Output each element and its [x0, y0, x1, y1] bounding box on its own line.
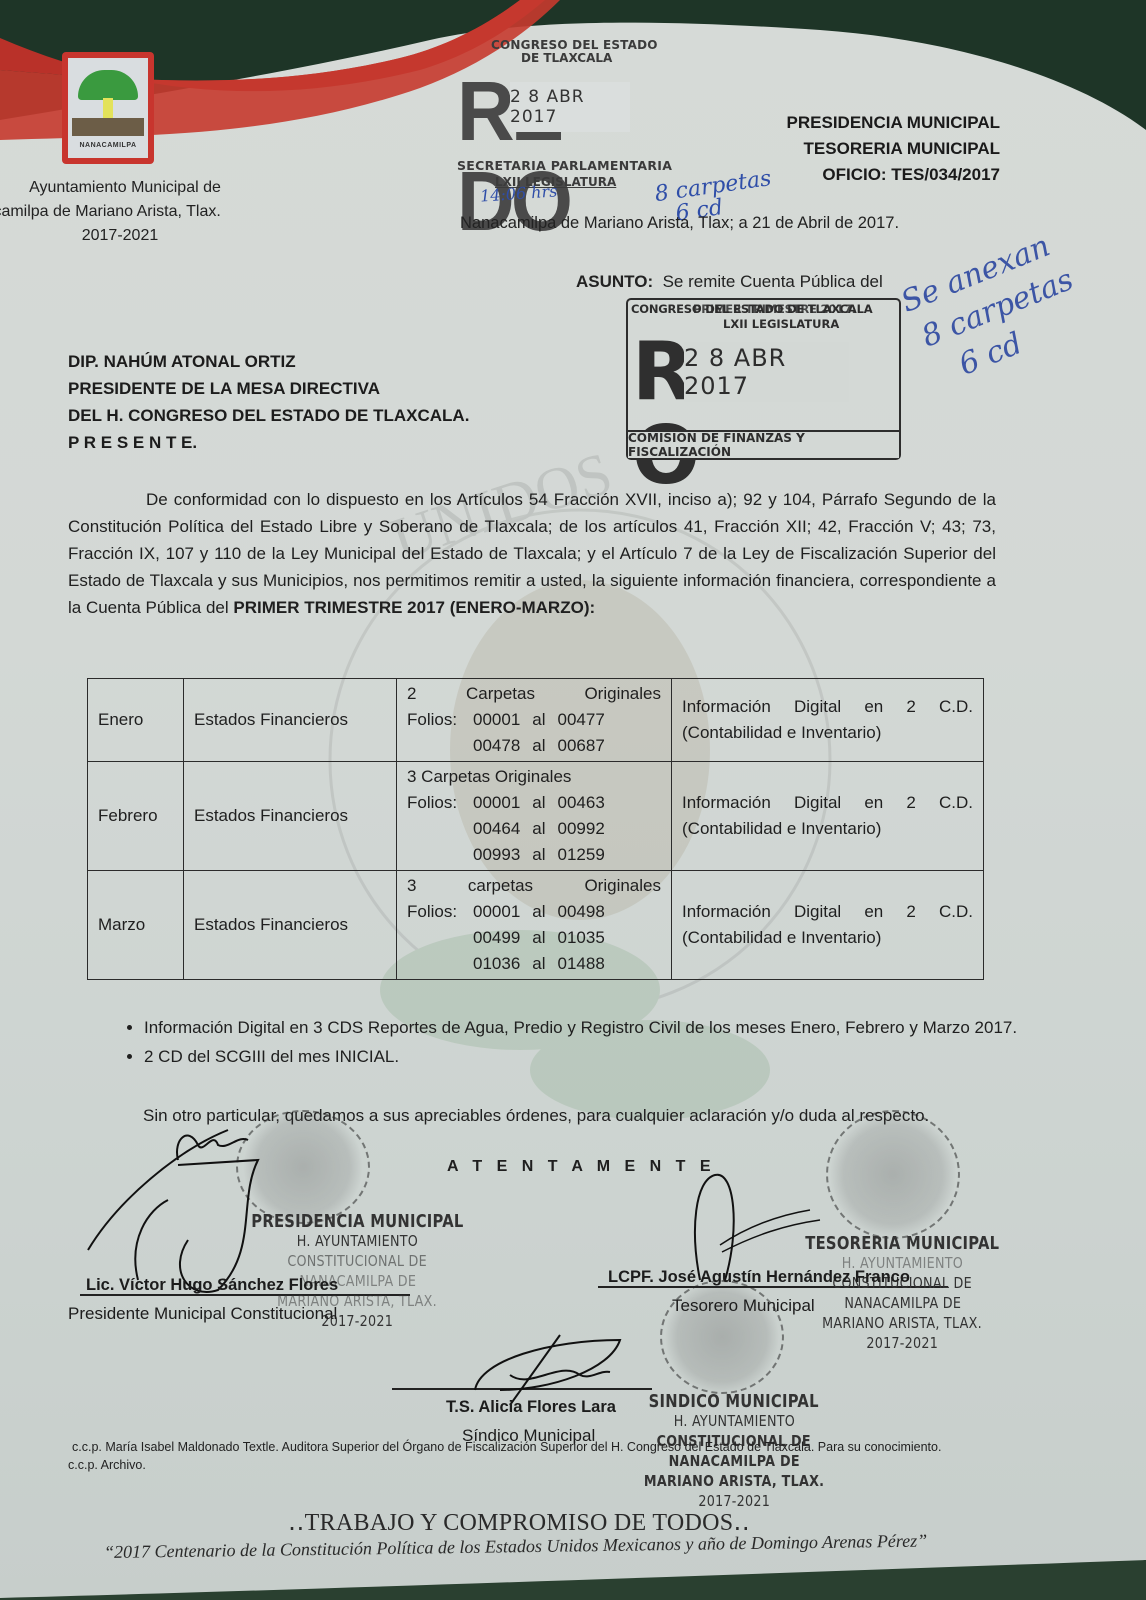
stamp-date: 2 8 ABR 2017	[684, 342, 849, 402]
received-stamp-secretaria: CONGRESO DEL ESTADO DE TLAXCALA REDO 2 8…	[455, 38, 695, 194]
folio-range: 00464al00992	[407, 816, 661, 842]
folders-count: 2CarpetasOriginales	[407, 681, 661, 707]
signer-name-tesorero: LCPF. José Agustín Hernández Franco	[608, 1268, 910, 1287]
signature-line	[392, 1388, 652, 1390]
footer-motto: ․․TRABAJO Y COMPROMISO DE TODOS․․	[288, 1508, 750, 1537]
folio-range: 00993al01259	[407, 842, 661, 868]
bullet-list: Información Digital en 3 CDS Reportes de…	[100, 1014, 1044, 1072]
signer-name-sindico: T.S. Alicia Flores Lara	[446, 1398, 616, 1417]
cell-digital-info: InformaciónDigitalen2C.D.(Contabilidad e…	[672, 679, 984, 762]
folio-range: 00478al00687	[407, 733, 661, 759]
folders-count: 3 Carpetas Originales	[407, 764, 661, 790]
recipient-block: DIP. NAHÚM ATONAL ORTIZ PRESIDENTE DE LA…	[68, 348, 469, 456]
folio-range: 00499al01035	[407, 925, 661, 951]
logo-text: NANACAMILPA	[68, 142, 148, 149]
cell-folios: 3 Carpetas OriginalesFolios:00001al00463…	[397, 762, 672, 871]
footer-centenario: “2017 Centenario de la Constitución Polí…	[104, 1531, 927, 1563]
asunto-continuation: PRIMER TRIMESTRE 2017.	[693, 302, 856, 316]
folders-count: 3carpetasOriginales	[407, 873, 661, 899]
bullet-item: Información Digital en 3 CDS Reportes de…	[144, 1014, 1044, 1041]
carbon-copy: c.c.p. María Isabel Maldonado Textle. Au…	[68, 1438, 1028, 1474]
signer-role-presidente: Presidente Municipal Constitucional	[68, 1304, 337, 1324]
cell-digital-info: InformaciónDigitalen2C.D.(Contabilidad e…	[672, 762, 984, 871]
cell-type: Estados Financieros	[184, 679, 397, 762]
seal-text-tesoreria: TESORERIA MUNICIPAL H. AYUNTAMIENTO CONS…	[784, 1234, 1021, 1353]
document-page: NANACAMILPA Ayuntamiento Municipal de Na…	[0, 0, 1146, 1600]
financial-info-table: EneroEstados Financieros2CarpetasOrigina…	[87, 678, 984, 980]
cell-type: Estados Financieros	[184, 871, 397, 980]
table-row: EneroEstados Financieros2CarpetasOrigina…	[88, 679, 984, 762]
seal-tesoreria-icon	[826, 1110, 960, 1239]
table-row: MarzoEstados Financieros3carpetasOrigina…	[88, 871, 984, 980]
seal-presidencia-icon	[236, 1110, 370, 1224]
folio-range: 01036al01488	[407, 951, 661, 977]
subject-line: ASUNTO: Se remite Cuenta Pública del	[576, 272, 883, 292]
table-row: FebreroEstados Financieros3 Carpetas Ori…	[88, 762, 984, 871]
cell-type: Estados Financieros	[184, 762, 397, 871]
body-paragraph: De conformidad con lo dispuesto en los A…	[68, 486, 996, 621]
cell-folios: 2CarpetasOriginalesFolios:00001al0047700…	[397, 679, 672, 762]
cell-folios: 3carpetasOriginalesFolios:00001al0049800…	[397, 871, 672, 980]
received-stamp-comision: CONGRESO DEL ESTADO DE TLAXCALA PRIMER T…	[626, 298, 901, 460]
footer-band	[0, 1560, 1146, 1600]
signer-role-tesorero: Tesorero Municipal	[672, 1296, 815, 1316]
atentamente: A T E N T A M E N T E	[447, 1158, 716, 1176]
folio-range: Folios:00001al00498	[407, 899, 661, 925]
municipality-name: Ayuntamiento Municipal de Nanacamilpa de…	[0, 176, 240, 248]
folio-range: Folios:00001al00463	[407, 790, 661, 816]
cell-digital-info: InformaciónDigitalen2C.D.(Contabilidad e…	[672, 871, 984, 980]
municipal-logo: NANACAMILPA	[62, 52, 154, 164]
cell-month: Febrero	[88, 762, 184, 871]
tree-icon	[78, 70, 138, 100]
cell-month: Enero	[88, 679, 184, 762]
bullet-item: 2 CD del SCGIII del mes INICIAL.	[144, 1043, 1044, 1070]
folio-range: Folios:00001al00477	[407, 707, 661, 733]
cell-month: Marzo	[88, 871, 184, 980]
place-and-date: Nanacamilpa de Mariano Arista, Tlax; a 2…	[460, 214, 899, 233]
signer-name-presidente: Lic. Víctor Hugo Sánchez Flores	[86, 1276, 338, 1295]
stamp-date: 2 8 ABR 2017	[510, 82, 630, 132]
